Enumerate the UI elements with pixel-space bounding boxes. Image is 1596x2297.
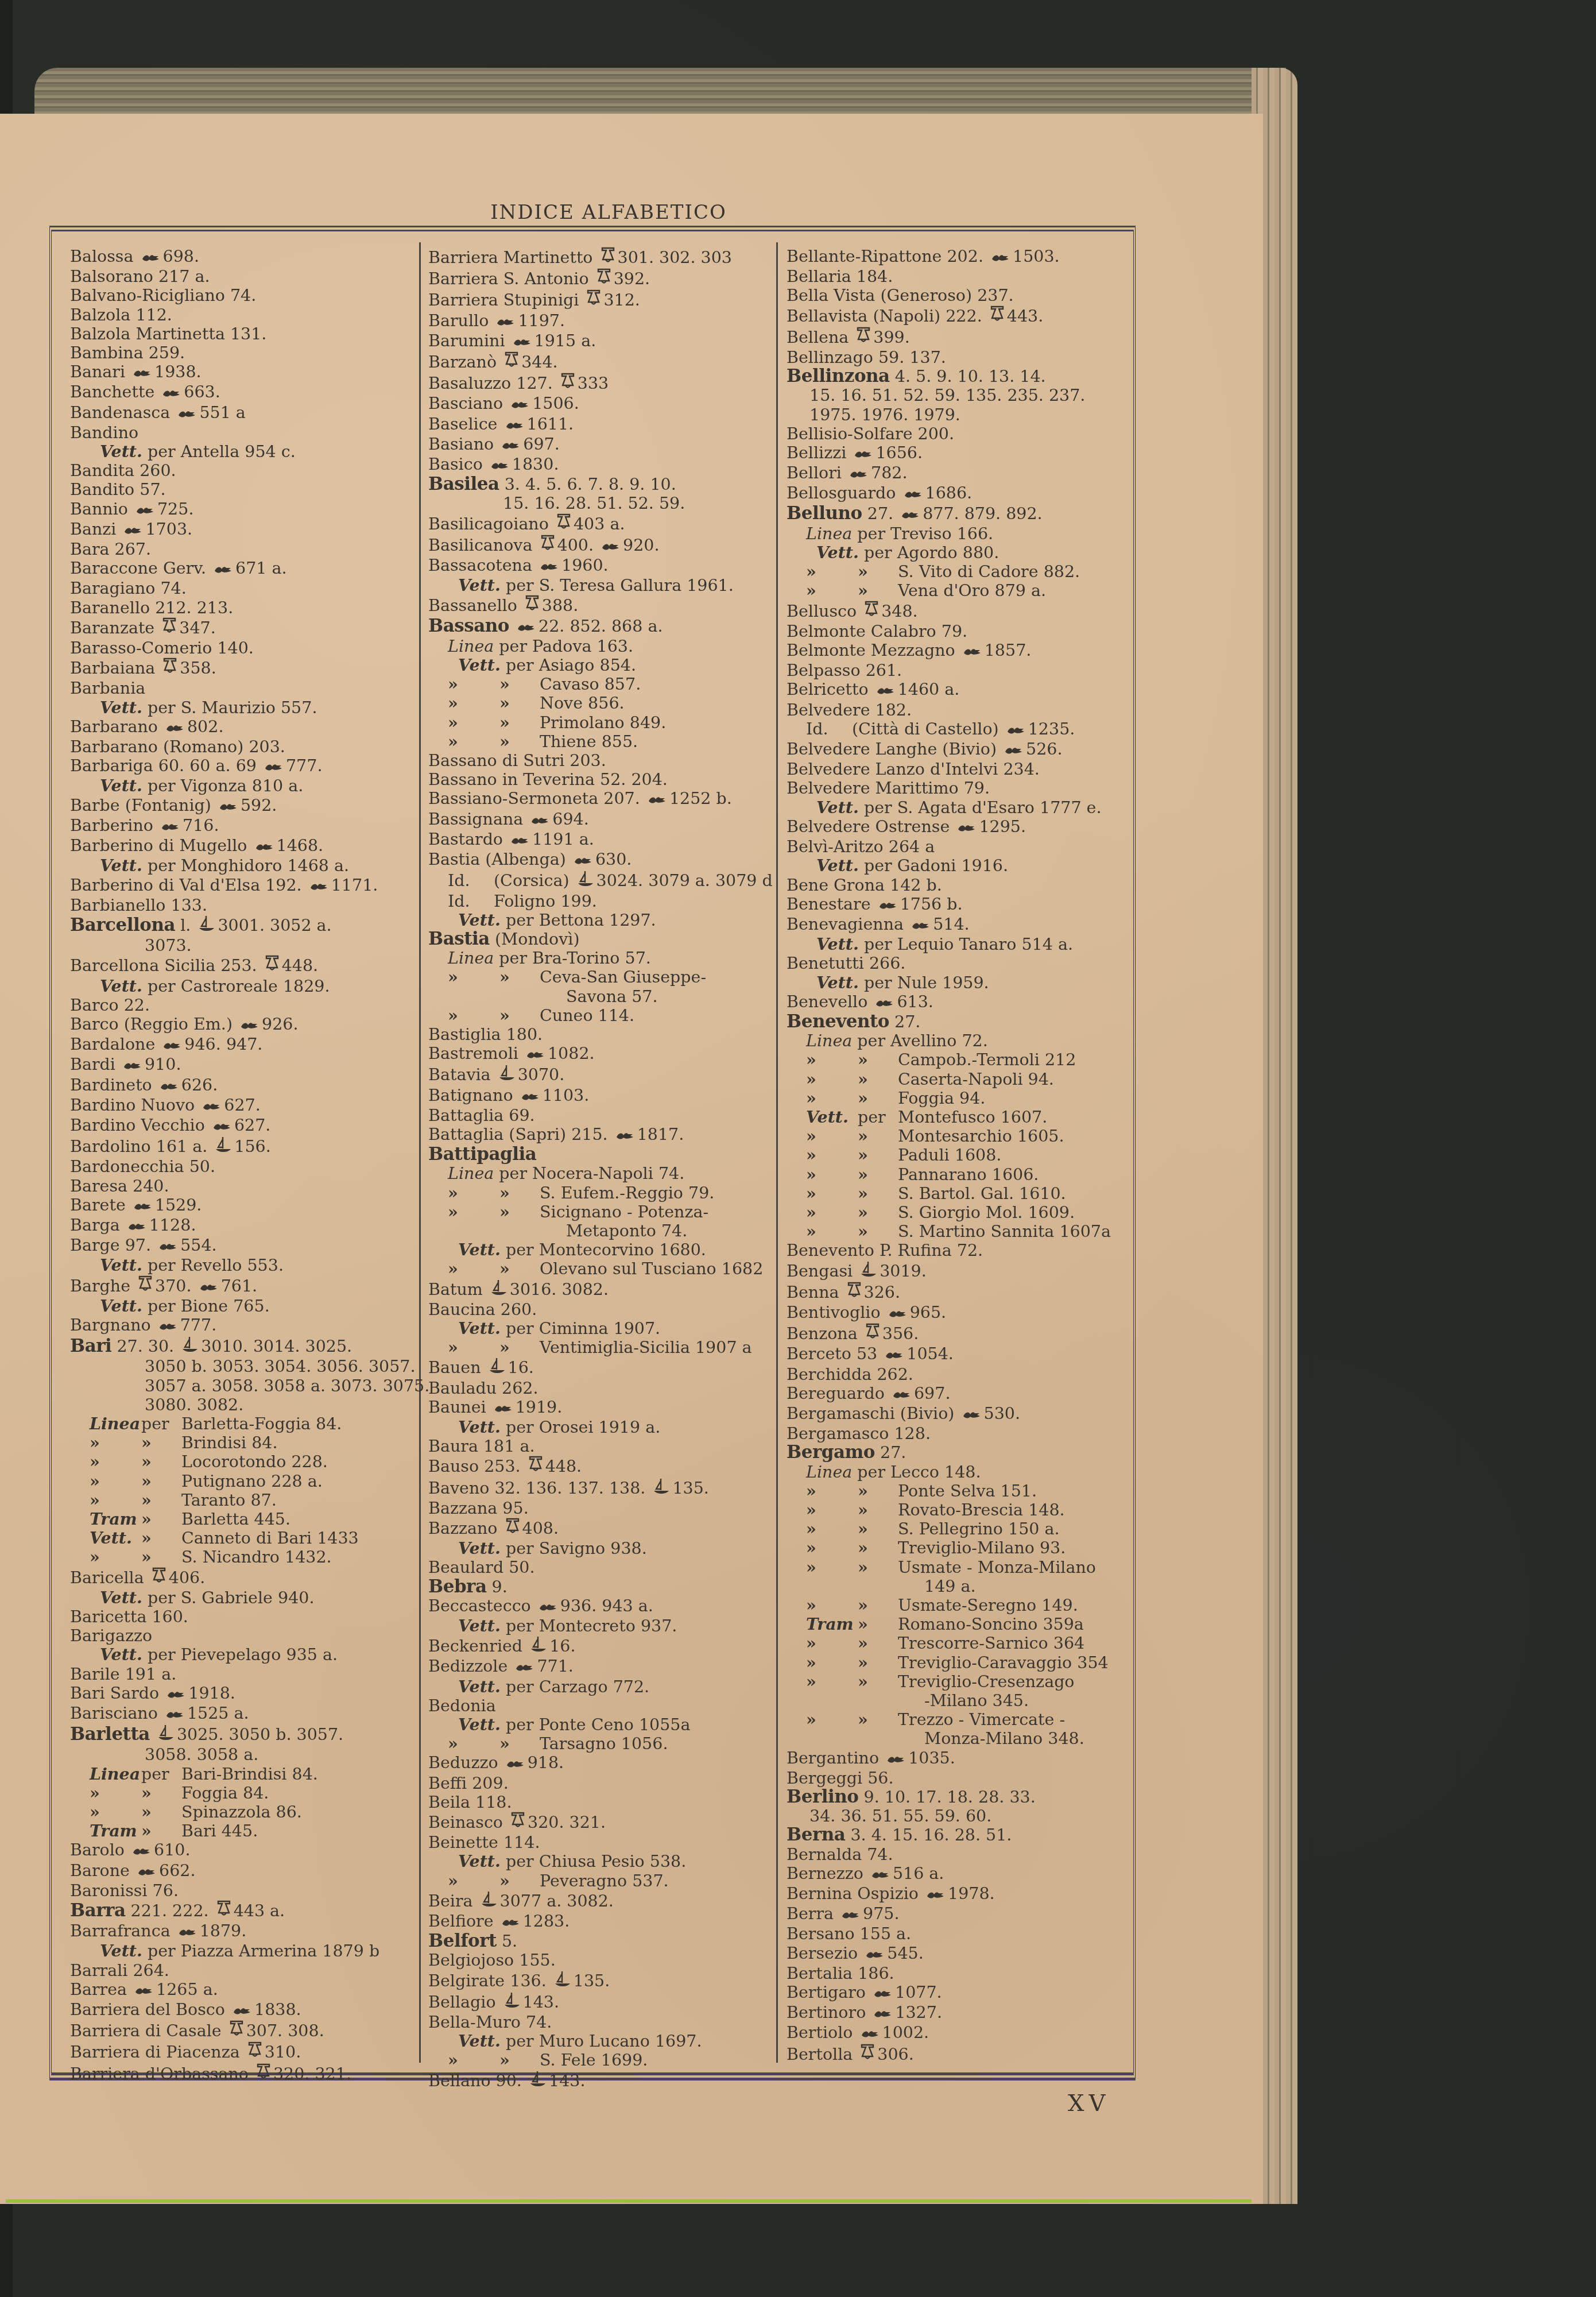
entry-text: Bersezio [787, 1944, 863, 1963]
page-refs: 926. [262, 1015, 298, 1034]
diligence-icon [530, 811, 550, 830]
index-entry: Bassano 22. 852. 868 a. [428, 617, 784, 637]
index-entry: Bertolla 306. [787, 2044, 1142, 2065]
ditto-mark: » [806, 1089, 858, 1108]
entry-detail: Treviglio-Caravaggio 354 [898, 1653, 1109, 1672]
diligence-icon [875, 993, 894, 1012]
ditto-mark: » [858, 1596, 898, 1615]
diligence-icon [178, 1923, 197, 1942]
index-entry: Battaglia 69. [428, 1106, 784, 1125]
index-entry: Batum 3016. 3082. [428, 1279, 784, 1300]
entry-detail: Brindisi 84. [181, 1433, 278, 1452]
entry-text: Basciano [428, 394, 508, 413]
diligence-icon [517, 618, 536, 637]
entry-text [150, 1725, 155, 1744]
vettura-label: Vett. [100, 1296, 142, 1316]
ditto-mark: » [806, 1538, 858, 1557]
index-entry: Barolo 610. [70, 1840, 426, 1861]
tram-icon [504, 351, 519, 373]
entry-detail: Spinazzola 86. [181, 1803, 302, 1822]
index-entry: Bazzana 95. [428, 1499, 784, 1518]
index-entry: »»Treviglio-Caravaggio 354 [787, 1653, 1142, 1672]
entry-text: Bastremoli [428, 1044, 524, 1063]
diligence-icon [1004, 741, 1024, 760]
entry-detail: Bari 445. [181, 1822, 258, 1840]
entry-detail: Nove 856. [540, 694, 625, 713]
index-entry: Belricetto 1460 a. [787, 680, 1142, 700]
entry-detail: Usmate - Monza-Milano [898, 1558, 1096, 1577]
diligence-icon [854, 444, 873, 463]
entry-text: Beila 118. [428, 1793, 512, 1812]
index-entry: Belvedere Lanzo d'Intelvi 234. [787, 760, 1142, 779]
page-refs: 1838. [254, 2000, 301, 2019]
station-name-major: Bergamo [787, 1442, 875, 1463]
tram-icon [152, 1567, 166, 1588]
entry-text: Bandino [70, 423, 138, 442]
page-refs: 448. [545, 1457, 582, 1476]
diligence-icon [162, 1036, 182, 1055]
entry-text: Belvedere Langhe (Bivio) [787, 740, 1002, 759]
entry-detail: per Gadoni 1916. [859, 856, 1008, 875]
entry-text: 27. [862, 504, 898, 523]
entry-detail: Metaponto 74. [566, 1221, 687, 1240]
page-refs: 1611. [527, 415, 574, 434]
entry-text: Beinasco [428, 1813, 508, 1832]
per-label: per [141, 1765, 181, 1784]
index-entry: Barga 1128. [70, 1216, 426, 1236]
diligence-icon [510, 395, 530, 414]
tram-icon [229, 2020, 244, 2041]
diligence-icon [648, 790, 667, 809]
index-entry: Barone 662. [70, 1861, 426, 1881]
entry-detail: Rovato-Brescia 148. [898, 1501, 1065, 1519]
entry-text: Barcellona Sicilia 253. [70, 956, 262, 975]
entry-detail: Paduli 1608. [898, 1146, 1001, 1165]
entry-text: Baraccone Gerv. [70, 559, 211, 578]
tram-icon [860, 2044, 875, 2065]
entry-detail: 3057 a. 3058. 3058 a. 3073. 3075. [145, 1376, 429, 1395]
tram-icon [510, 1812, 525, 1833]
page-refs: 399. [873, 328, 909, 347]
index-entry: Baragiano 74. [70, 579, 426, 598]
vettura-label: Vett. [458, 1417, 501, 1437]
page-refs: 1915 a. [534, 331, 596, 350]
index-entry: Barete 1529. [70, 1196, 426, 1216]
diligence-icon [123, 521, 143, 540]
index-entry: Belvedere Langhe (Bivio) 526. [787, 740, 1142, 760]
entry-text: Benestare [787, 895, 876, 914]
vettura-label: Vett. [100, 698, 142, 717]
page-refs: 306. [877, 2045, 913, 2064]
vettura-label: Vett. [816, 798, 859, 817]
index-entry: »»S. Martino Sannita 1607a [787, 1222, 1142, 1241]
entry-text: Battaglia 69. [428, 1106, 535, 1125]
index-entry: Bardonecchia 50. [70, 1157, 426, 1176]
station-name-major: Bastia [428, 929, 490, 949]
index-entry: Bandito 57. [70, 480, 426, 499]
entry-text: Bandito 57. [70, 480, 166, 499]
entry-text: Baselice [428, 415, 503, 434]
index-entry: Barasso-Comerio 140. [70, 639, 426, 658]
index-entry: Vett. per Orosei 1919 a. [428, 1418, 784, 1437]
entry-text: Benetutti 266. [787, 954, 905, 973]
entry-text: Bastardo [428, 830, 508, 849]
index-entry: Baucina 260. [428, 1300, 784, 1319]
index-entry: »»Ceva-San Giuseppe- [428, 968, 784, 987]
entry-detail: per Bione 765. [142, 1297, 270, 1316]
diligence-icon [212, 1117, 232, 1136]
tram-icon [216, 1900, 231, 1921]
ditto-mark: » [806, 1634, 858, 1653]
entry-text: 9. [487, 1577, 508, 1596]
entry-detail: Primolano 849. [540, 713, 666, 732]
index-column-3: Bellante-Ripattone 202. 1503.Bellaria 18… [787, 247, 1142, 2065]
entry-text: Bellisio-Solfare 200. [787, 424, 954, 443]
entry-text: Barriera Stupinigi [428, 291, 584, 310]
index-entry: »»Locorotondo 228. [70, 1452, 426, 1471]
page-refs: 1529. [155, 1196, 202, 1215]
index-entry: Vett. per Revello 553. [70, 1256, 426, 1275]
index-entry: »»Trescorre-Sarnico 364 [787, 1634, 1142, 1653]
entry-text: Barbianello 133. [70, 896, 207, 915]
page-refs: 1703. [145, 520, 192, 539]
page-refs: 1128. [149, 1216, 196, 1235]
ditto-mark: » [141, 1491, 181, 1510]
index-entry: Metaponto 74. [428, 1221, 784, 1240]
page-refs: 1103. [543, 1086, 590, 1105]
index-entry: Bellinzago 59. 137. [787, 348, 1142, 367]
index-entry: Bastia (Albenga) 630. [428, 850, 784, 870]
entry-text: Barriera del Bosco [70, 2000, 230, 2019]
page-refs: 310. [265, 2043, 301, 2062]
page-refs: 135. [672, 1479, 708, 1498]
index-entry: Baura 181 a. [428, 1437, 784, 1456]
index-entry: »»Montesarchio 1605. [787, 1127, 1142, 1146]
entry-detail: per Montecorvino 1680. [501, 1240, 706, 1259]
vettura-label: Vett. [458, 655, 501, 675]
entry-text: Barga [70, 1216, 125, 1235]
entry-text: Beduzzo [428, 1753, 503, 1772]
index-entry: Benevagienna 514. [787, 915, 1142, 935]
vettura-label: Vett. [458, 1240, 501, 1259]
index-entry: »»Paduli 1608. [787, 1146, 1142, 1165]
vettura-label: Vett. [458, 575, 501, 595]
index-entry: »»S. Nicandro 1432. [70, 1548, 426, 1567]
route-type-label: Vett. [90, 1529, 141, 1548]
ditto-mark: » [858, 1070, 898, 1089]
page-refs: 1197. [518, 311, 565, 330]
index-entry: Barriera d'Orbassano 320. 321. [70, 2063, 426, 2085]
ditto-mark: » [858, 1653, 898, 1672]
entry-detail: Olevano sul Tusciano 1682 [540, 1259, 763, 1278]
index-entry: Bandenasca 551 a [70, 403, 426, 423]
ditto-mark: » [90, 1452, 141, 1471]
entry-detail: per S. Agata d'Esaro 1777 e. [859, 798, 1102, 817]
ditto-mark: » [806, 1558, 858, 1577]
entry-detail: Pannarano 1606. [898, 1165, 1039, 1184]
steamer-icon [215, 1136, 232, 1157]
index-entry: Belgiojoso 155. [428, 1951, 784, 1970]
index-entry: Berra 975. [787, 1904, 1142, 1924]
entry-text: Belvedere Ostrense [787, 817, 955, 836]
page-refs: 627. [224, 1096, 260, 1115]
running-head: INDICE ALFABETICO [436, 201, 781, 224]
station-name-major: Berlino [787, 1786, 859, 1807]
entry-text: Berchidda 262. [787, 1365, 913, 1384]
entry-text: Bedizzole [428, 1657, 513, 1676]
tram-icon [528, 1456, 543, 1477]
index-entry: Bargnano 777. [70, 1316, 426, 1336]
ditto-mark: » [858, 1710, 898, 1729]
index-entry: »»S. Eufem.-Reggio 79. [428, 1184, 784, 1202]
tram-icon [256, 2063, 271, 2085]
index-entry: Beira 3077 a. 3082. [428, 1890, 784, 1912]
diligence-icon [264, 757, 284, 776]
index-entry: Bassacotena 1960. [428, 556, 784, 576]
diligence-icon [133, 364, 152, 382]
page-refs: 1295. [979, 817, 1026, 836]
entry-text: Bella-Muro 74. [428, 2013, 552, 2032]
index-entry: Barullo 1197. [428, 311, 784, 331]
entry-text: Bereguardo [787, 1384, 890, 1403]
page-refs: 156. [234, 1137, 270, 1156]
station-name-major: Berna [787, 1824, 845, 1845]
page-refs: 782. [871, 463, 907, 482]
entry-detail: Tarsagno 1056. [540, 1734, 668, 1753]
ditto-mark: » [499, 1202, 540, 1221]
diligence-icon [165, 718, 185, 737]
tram-icon [856, 327, 871, 348]
index-entry: Tram»Romano-Soncino 359a [787, 1615, 1142, 1634]
index-entry: Barbaiana 358. [70, 658, 426, 679]
entry-text: Barriera S. Antonio [428, 269, 594, 288]
diligence-icon [963, 642, 982, 661]
tram-icon [556, 513, 571, 535]
ditto-mark: » [858, 562, 898, 581]
diligence-icon [219, 797, 238, 816]
index-entry: Balzola 112. [70, 306, 426, 324]
index-entry: Beckenried 16. [428, 1635, 784, 1657]
tram-icon [847, 1282, 862, 1303]
ditto-mark: » [858, 1672, 898, 1691]
tram-icon [586, 289, 601, 311]
index-column-2: Barriera Martinetto 301. 302. 303Barrier… [428, 247, 784, 2091]
entry-text: Balvano-Ricigliano 74. [70, 286, 256, 305]
vettura-label: Vett. [100, 776, 142, 795]
page-refs: 936. 943 a. [560, 1596, 653, 1615]
entry-detail: Ventimiglia-Sicilia 1907 a [540, 1338, 752, 1357]
entry-text: Benevento P. Rufina 72. [787, 1241, 983, 1260]
index-entry: Belluno 27. 877. 879. 892. [787, 504, 1142, 524]
entry-detail: per Nule 1959. [859, 973, 989, 992]
page-refs: 697. [914, 1384, 950, 1403]
entry-text: Bargnano [70, 1316, 156, 1335]
index-entry: Vett. per Savigno 938. [428, 1539, 784, 1558]
page-refs: 1879. [200, 1921, 247, 1940]
page-refs: 716. [183, 816, 219, 835]
index-entry: Bereguardo 697. [787, 1384, 1142, 1404]
page-refs: 1960. [561, 556, 609, 575]
diligence-icon [162, 384, 181, 403]
entry-detail: per Lequio Tanaro 514 a. [859, 935, 1073, 954]
entry-detail: per Vigonza 810 a. [142, 776, 303, 795]
index-entry: Barbe (Fontanig) 592. [70, 796, 426, 816]
page-refs: 802. [187, 717, 223, 736]
vettura-label: Vett. [816, 856, 859, 875]
diligence-icon [513, 332, 532, 351]
steamer-icon [481, 1890, 498, 1912]
entry-text: Bene Grona 142 b. [787, 876, 942, 895]
station-name-major: Bari [70, 1336, 111, 1356]
entry-text: Barone [70, 1861, 135, 1880]
entry-detail: Foggia 84. [181, 1784, 269, 1803]
diligence-icon [888, 1304, 908, 1323]
index-entry: »»Taranto 87. [70, 1491, 426, 1510]
diligence-icon [615, 1126, 635, 1145]
ditto-mark: » [806, 1165, 858, 1184]
entry-text: Baunei [428, 1398, 491, 1417]
ditto-mark: » [448, 1871, 499, 1890]
diligence-icon [849, 465, 869, 484]
ditto-mark: » [141, 1548, 181, 1567]
index-entry: Balsorano 217 a. [70, 267, 426, 286]
index-entry: Barbania [70, 679, 426, 698]
diligence-icon [135, 501, 155, 520]
index-entry: Vett. per Chiusa Pesio 538. [428, 1852, 784, 1871]
entry-detail: per Treviso 166. [852, 524, 993, 543]
entry-detail: S. Vito di Cadore 882. [898, 562, 1080, 581]
ditto-mark: » [499, 968, 540, 987]
page-refs: 3077 a. 3082. [500, 1892, 614, 1911]
page-refs: 1938. [154, 362, 202, 381]
diligence-icon [510, 831, 530, 850]
vettura-label: Vett. [100, 1255, 142, 1275]
vettura-label: Vett. [816, 543, 859, 562]
diligence-icon [926, 1885, 946, 1904]
ditto-mark: » [499, 1734, 540, 1753]
ditto-mark: » [858, 1146, 898, 1165]
index-entry: Basilicanova 400. 920. [428, 535, 784, 556]
vettura-label: Vett. [100, 1645, 142, 1664]
page-refs: 1656. [876, 443, 923, 462]
page-refs: 1918. [188, 1684, 235, 1703]
page-refs: 443 a. [234, 1901, 285, 1920]
index-entry: Batavia 3070. [428, 1064, 784, 1085]
entry-text: Bellante-Ripattone 202. [787, 247, 989, 266]
index-entry: Vett. per Piazza Armerina 1879 b [70, 1942, 426, 1960]
page-refs: 697. [523, 435, 559, 454]
index-entry: Bergamasco 128. [787, 1424, 1142, 1443]
entry-detail: 15. 16. 28. 51. 52. 59. [503, 494, 685, 513]
page-number: XV [1068, 2090, 1110, 2117]
diligence-icon [962, 1405, 982, 1424]
ditto-mark: » [448, 1006, 499, 1025]
index-entry: Barriera di Casale 307. 308. [70, 2020, 426, 2041]
entry-detail: S. Pellegrino 150 a. [898, 1519, 1060, 1538]
index-entry: Banari 1938. [70, 362, 426, 382]
ditto-mark: » [448, 675, 499, 694]
index-entry: Baveno 32. 136. 137. 138. 135. [428, 1478, 784, 1499]
index-entry: Belvedere 182. [787, 701, 1142, 720]
vettura-label: Vett. [816, 973, 859, 992]
entry-text: Belgiojoso 155. [428, 1951, 556, 1970]
index-entry: LineaperBarletta-Foggia 84. [70, 1414, 426, 1433]
page-refs: 545. [887, 1944, 923, 1963]
entry-text: 4. 5. 9. 10. 13. 14. [890, 367, 1046, 386]
page-refs: 1252 b. [669, 789, 732, 808]
page-refs: 320. 321. [528, 1813, 606, 1832]
entry-text: Balzola Martinetta 131. [70, 324, 266, 343]
entry-detail: Taranto 87. [181, 1491, 277, 1510]
entry-text: Bandenasca [70, 403, 175, 422]
page-refs: 1235. [1028, 720, 1075, 738]
entry-text: Batignano [428, 1086, 518, 1105]
entry-detail: per Antella 954 c. [142, 442, 296, 461]
diligence-icon [871, 1865, 890, 1884]
page-refs: 408. [522, 1519, 559, 1538]
index-entry: Battipaglia [428, 1145, 784, 1164]
ditto-mark: » [141, 1784, 181, 1803]
page-refs: 3070. [518, 1065, 565, 1084]
entry-detail: 149 a. [924, 1577, 976, 1596]
index-entry: Bardino Vecchio 627. [70, 1116, 426, 1136]
ditto-mark: » [141, 1510, 181, 1529]
entry-text: 27. [875, 1443, 906, 1462]
entry-detail: Sicignano - Potenza- [540, 1202, 708, 1221]
ditto-mark: » [806, 581, 858, 600]
ditto-mark: » [499, 713, 540, 732]
tram-icon [138, 1275, 153, 1297]
page-refs: 771. [537, 1657, 573, 1676]
tram-icon [247, 2041, 262, 2063]
steamer-icon [489, 1357, 506, 1378]
ditto-mark: » [806, 1672, 858, 1691]
diligence-icon [901, 505, 920, 524]
vettura-label: Vett. [458, 1616, 501, 1635]
page-refs: 448. [282, 956, 318, 975]
entry-detail: Ceva-San Giuseppe- [540, 968, 706, 987]
linea-label: Linea [806, 1463, 852, 1482]
ditto-mark: » [448, 713, 499, 732]
entry-text: Barbe (Fontanig) [70, 796, 216, 815]
index-entry: Bastardo 1191 a. [428, 830, 784, 850]
index-entry: »»Caserta-Napoli 94. [787, 1070, 1142, 1089]
index-entry: Barra 221. 222. 443 a. [70, 1900, 426, 1921]
entry-detail: Campob.-Termoli 212 [898, 1050, 1076, 1069]
ditto-mark: » [806, 1519, 858, 1538]
entry-detail: Locorotondo 228. [181, 1452, 328, 1471]
entry-detail: 3073. [145, 936, 192, 955]
index-entry: Bergamo 27. [787, 1443, 1142, 1462]
index-entry: Vett. per Agordo 880. [787, 543, 1142, 562]
index-entry: Barile 191 a. [70, 1665, 426, 1684]
page-refs: 1191 a. [532, 830, 594, 849]
index-entry: Bastia (Mondovì) [428, 930, 784, 949]
entry-text: Bardalone [70, 1035, 160, 1054]
index-entry: Bari 27. 30. 3010. 3014. 3025. [70, 1336, 426, 1357]
route-type-label: Linea [90, 1765, 141, 1784]
index-entry: »»Thiene 855. [428, 732, 784, 751]
ditto-mark: » [806, 1070, 858, 1089]
entry-text: Barullo [428, 311, 494, 330]
entry-detail: Vena d'Oro 879 a. [898, 581, 1046, 600]
entry-detail: S. Bartol. Gal. 1610. [898, 1184, 1066, 1203]
index-entry: »»Cuneo 114. [428, 1006, 784, 1025]
entry-text: Belricetto [787, 680, 874, 699]
index-entry: »»Spinazzola 86. [70, 1803, 426, 1822]
ditto-mark: » [448, 732, 499, 751]
index-entry: Beinette 114. [428, 1833, 784, 1852]
